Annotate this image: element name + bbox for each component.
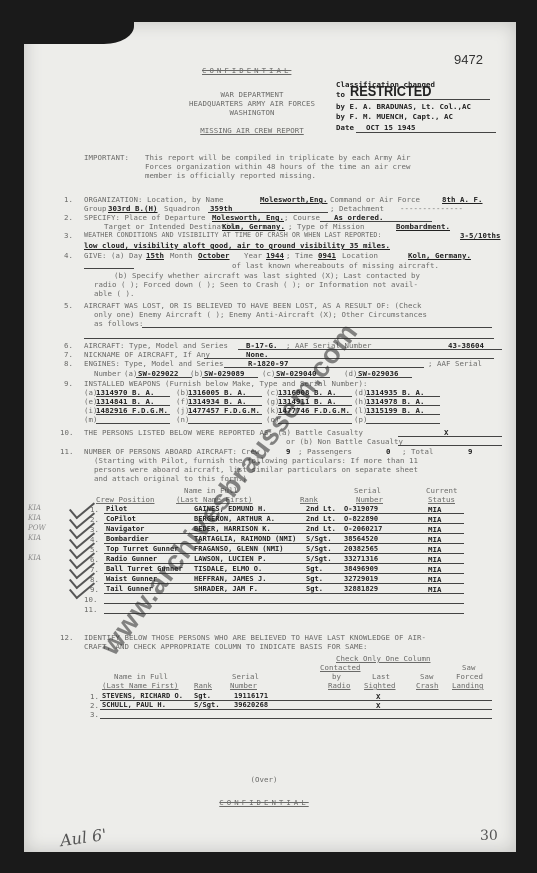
item-8-label: ENGINES: Type, Model and Series [84,359,224,368]
page-number: 30 [480,828,498,844]
crew-serial: O-319079 [344,505,378,513]
crew-row-number: 10. [84,595,98,604]
item-4b-line-1: (b) Specify whether aircraft was last si… [114,271,420,280]
item-4b-line-3: able ( ). [94,289,135,298]
issuer-line-1: WAR DEPARTMENT [192,90,312,99]
target-label: Target or Intended Destination [104,222,239,231]
weapon-line [366,414,440,415]
weather-value-2: low cloud, visibility aloft good, air to… [84,241,390,250]
crew-name: TISDALE, ELMO O. [194,565,262,573]
crew-margin-note: KIA [28,534,41,542]
target-value: Koln, Germany. [222,222,285,231]
crew-header-position: Crew Position [96,495,155,504]
crew-margin-note: KIA [28,504,41,512]
crew-serial: 32881829 [344,585,378,593]
report-title: MISSING AIR CREW REPORT [182,126,322,135]
h12-crash: Crash [416,681,439,690]
org-command: 8th A. F. [442,195,483,204]
h12-contacted: Radio [328,681,351,690]
engine-number-label: Number [94,369,121,378]
crew-serial: O-2060217 [344,525,382,533]
crew-serial: 32729019 [344,575,378,583]
crew-row-line [104,533,464,534]
document-page: 9472 CONFIDENTIAL WAR DEPARTMENT HEADQUA… [24,22,516,852]
item-2-number: 2. [64,213,73,222]
h12-forced: Landing [452,681,484,690]
witness-row-line [100,709,492,710]
important-line-2: Forces organization within 48 hours of t… [145,162,410,171]
crew-position: Navigator [106,525,144,533]
witness-rank: Sgt. [194,692,211,700]
item-9-number: 9. [64,379,73,388]
crew-row-line [104,523,464,524]
engine-serial-line [202,377,258,378]
weather-value-1: 3-5/10ths [460,231,501,240]
item-4-number: 4. [64,251,73,260]
h12-serial: Number [230,681,257,690]
crew-name: HEFFRAN, JAMES J. [194,575,267,583]
h12-forced-top: Saw [462,663,476,672]
crew-rank: Sgt. [306,565,323,573]
weapon-line [366,423,440,424]
total-label: ; Total [402,447,434,456]
time-label: ; Time [286,251,313,260]
crew-serial: 38496909 [344,565,378,573]
classification-header: CONFIDENTIAL [202,66,291,75]
item-10-number: 10. [60,428,74,437]
witness-row-line [100,718,492,719]
crew-serial: 20382565 [344,545,378,553]
check-only-one-column: Check Only One Column [336,654,431,663]
h12-name-top: Name in Full [114,672,168,681]
h12-serial-top: Serial [232,672,259,681]
month-value: October [198,251,230,260]
crew-row-number: 11. [84,605,98,614]
reclass-restricted-stamp: RESTRICTED [350,83,431,100]
crew-margin-note: POW [28,524,46,532]
crew-serial: 38564520 [344,535,378,543]
reclass-to-label: to [336,90,345,99]
crew-position: CoPilot [106,515,136,523]
year-label: Year [244,251,262,260]
year-value: 1944 [266,251,284,260]
h12-contacted-mid: by [332,672,341,681]
mission-label: ; Type of Mission [288,222,365,231]
important-line-3: member is officially reported missing. [145,171,316,180]
crew-name: LAWSON, LUCIEN P. [194,555,267,563]
engine-serial-label: ; AAF Serial [428,359,482,368]
crew-header-status-top: Current [426,486,458,495]
org-location: Molesworth,Eng. [260,195,328,204]
over-label: (Over) [224,775,304,784]
crew-rank: 2nd Lt. [306,505,336,513]
non-battle-label: or (b) Non Battle Casualty [286,437,403,446]
command-label: Command or Air Force [330,195,420,204]
group-label: Group [84,204,107,213]
item-1-number: 1. [64,195,73,204]
passengers-label: ; Passengers [298,447,352,456]
crew-row-line [104,553,464,554]
item-3-number: 3. [64,231,73,240]
time-value: 0941 [318,251,336,260]
h12-sighted-top: Last [372,672,390,681]
h12-name: (Last Name First) [102,681,179,690]
weapon-line [188,414,262,415]
crew-header-serial: Number [356,495,383,504]
reclass-by-1: by E. A. BRADUNAS, Lt. Col.,AC [336,102,471,111]
crew-rank: S/Sgt. [306,545,332,553]
h12-forced-mid: Forced [456,672,483,681]
crew-rank: 2nd Lt. [306,525,336,533]
item-12-number: 12. [60,633,74,642]
whereabouts-text: of last known whereabouts of missing air… [232,261,439,270]
item-4b-line-2: radio ( ); Forced down ( ); Seen to Cras… [94,280,418,289]
weapon-line [96,423,170,424]
crew-count: 9 [286,447,291,456]
crew-serial: 33271316 [344,555,378,563]
org-detachment: -------------- [400,204,463,213]
crew-rank: Sgt. [306,585,323,593]
crew-position: Bombardier [106,535,149,543]
classification-footer: CONFIDENTIAL [204,798,324,807]
issuer-line-2: HEADQUARTERS ARMY AIR FORCES [172,99,332,108]
item-5-line-3: as follows: [94,319,144,328]
important-line-1: This report will be compiled in triplica… [145,153,410,162]
crew-position: Radio Gunner [106,555,157,563]
course-label: ; Course [284,213,320,222]
witness-row-number: 1. [90,692,99,701]
item-5-line-2: only one) Enemy Aircraft ( ); Enemy Anti… [94,310,427,319]
item-3-label: WEATHER CONDITIONS AND VISIBILITY AT TIM… [84,231,382,239]
engine-serial-line [136,377,192,378]
month-label: Month [170,251,193,260]
mission-value: Bombardment. [396,222,450,231]
crew-rank: S/Sgt. [306,535,332,543]
crew-rank: S/Sgt. [306,555,332,563]
item-5-number: 5. [64,301,73,310]
crew-header-rank: Rank [300,495,318,504]
day-value: 15th [146,251,164,260]
important-label: IMPORTANT: [84,153,129,162]
issuer-line-3: WASHINGTON [192,108,312,117]
location-label: Location [342,251,378,260]
reclass-by-2: by F. M. MUENCH, Capt., AC [336,112,453,121]
crew-name: FRAGANSO, GLENN (NMI) [194,545,284,553]
item-5-line-1: AIRCRAFT WAS LOST, OR IS BELIEVED TO HAV… [84,301,421,310]
total-count: 9 [468,447,473,456]
crew-margin-note: KIA [28,554,41,562]
witness-name: SCHULL, PAUL H. [102,701,166,709]
crew-rank: Sgt. [306,575,323,583]
document-number: 9472 [454,52,483,67]
crew-rank: 2nd Lt. [306,515,336,523]
witness-serial: 39620268 [234,701,268,709]
reclass-date-label: Date [336,123,354,132]
crew-row-line [104,613,464,614]
item-10-label: THE PERSONS LISTED BELOW WERE REPORTED A… [84,428,363,437]
item-8-number: 8. [64,359,73,368]
crew-header-status: Status [428,495,455,504]
witness-serial: 19116171 [234,692,268,700]
location-value: Koln, Germany. [408,251,471,260]
h12-rank: Rank [194,681,212,690]
departure-place: Molesworth, Eng. [212,213,284,222]
torn-corner [24,22,134,44]
witness-name: STEVENS, RICHARD O. [102,692,183,700]
crew-header-serial-top: Serial [354,486,381,495]
item-11-label: NUMBER OF PERSONS ABOARD AIRCRAFT: Crew [84,447,259,456]
detachment-label: ; Detachment [330,204,384,213]
h12-crash-top: Saw [420,672,434,681]
crew-name: SHRADER, JAM F. [194,585,258,593]
witness-row-number: 2. [90,701,99,710]
h12-sighted: Sighted [364,681,396,690]
crew-position: Pilot [106,505,127,513]
squadron-label: Squadron [164,204,200,213]
item-7-number: 7. [64,350,73,359]
item-6-number: 6. [64,341,73,350]
passengers-count: 0 [386,447,391,456]
item-2-label: SPECIFY: Place of Departure [84,213,206,222]
crew-margin-note: KIA [28,514,41,522]
witness-rank: S/Sgt. [194,701,220,709]
weapon-line [96,414,170,415]
crew-row-line [104,543,464,544]
item-4-label: GIVE: (a) Day [84,251,143,260]
crew-row-line [104,513,464,514]
handwritten-note: Aul 6' [59,825,108,850]
engine-serial-line [356,377,412,378]
witness-row-number: 3. [90,710,99,719]
org-group: 303rd B.(H) [108,204,158,213]
reclass-date-value: OCT 15 1945 [366,123,416,132]
item-11-number: 11. [60,447,74,456]
item-1-label: ORGANIZATION: Location, by Name [84,195,224,204]
item-6-label: AIRCRAFT: Type, Model and Series [84,341,228,350]
h12-contacted-top: Contacted [320,663,361,672]
item-7-label: NICKNAME OF AIRCRAFT, If Any [84,350,210,359]
crew-serial: O-822890 [344,515,378,523]
weapon-line [188,423,262,424]
